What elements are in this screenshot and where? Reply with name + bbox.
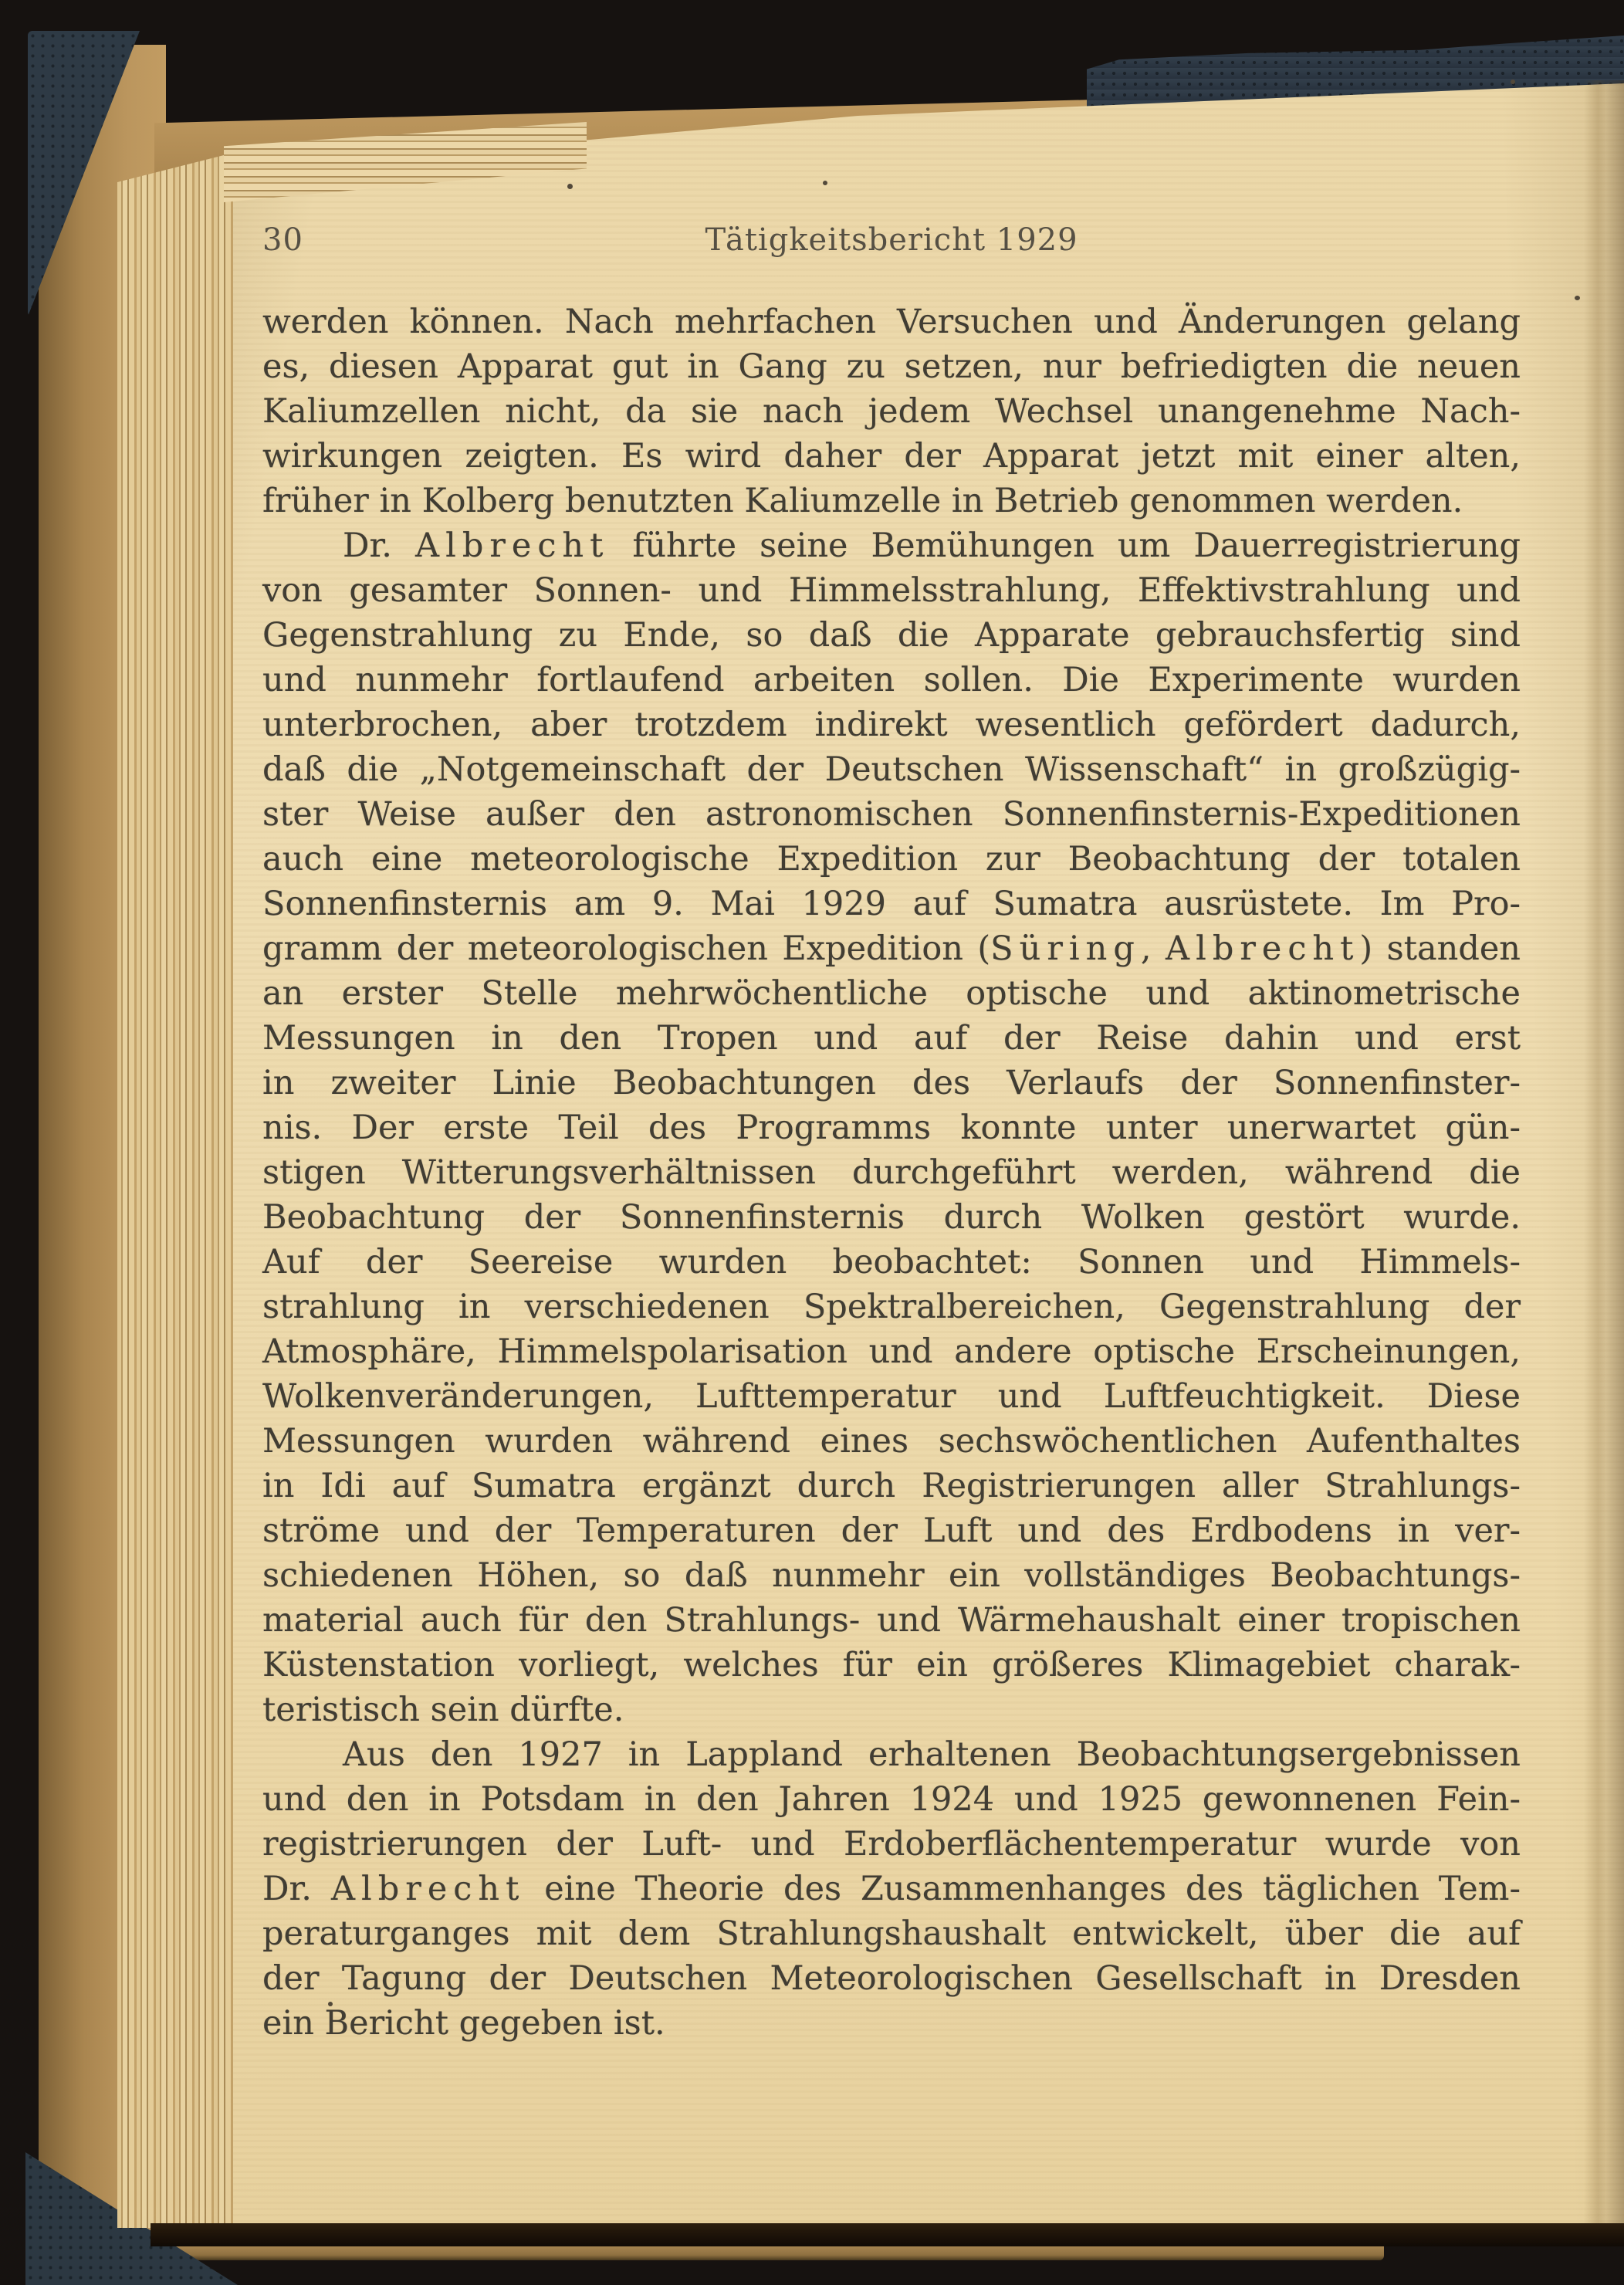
paper-speck [823,181,827,185]
page-bottom-shadow [151,2223,1624,2246]
text-line: auch eine meteorologische Expedition zur… [262,837,1521,882]
paragraph: Aus den 1927 in Lappland erhaltenen Beob… [262,1732,1521,2046]
text-line: Atmosphäre, Himmelspolarisation und ande… [262,1329,1521,1374]
text-line: Küstenstation vorliegt, welches für ein … [262,1643,1521,1688]
text-line: material auch für den Strahlungs- und Wä… [262,1598,1521,1643]
paper-speck [1511,80,1515,84]
text-line: an erster Stelle mehrwöchentliche optisc… [262,971,1521,1016]
running-title: Tätigkeitsbericht 1929 [262,222,1521,258]
text-line: nis. Der erste Teil des Programms konnte… [262,1105,1521,1150]
paper-speck [1575,296,1580,300]
text-line: Aus den 1927 in Lappland erhaltenen Beob… [262,1732,1521,1777]
text-line: stigen Witterungsverhältnissen durchgefü… [262,1150,1521,1195]
text-line: der Tagung der Deutschen Meteorologische… [262,1956,1521,2001]
letterspaced-name: Albrecht [1166,929,1359,968]
text-line: Dr. Albrecht führte seine Bemühungen um … [262,523,1521,568]
paragraph: Dr. Albrecht führte seine Bemühungen um … [262,523,1521,1732]
text-line: von gesamter Sonnen- und Himmelsstrahlun… [262,568,1521,613]
letterspaced-name: Süring [990,929,1141,968]
text-line: Kaliumzellen nicht, da sie nach jedem We… [262,389,1521,434]
text-line: in Idi auf Sumatra ergänzt durch Registr… [262,1464,1521,1508]
text-line: Sonnenfinsternis am 9. Mai 1929 auf Suma… [262,882,1521,926]
text-line: strahlung in verschiedenen Spektralberei… [262,1285,1521,1329]
page-stack-edges-left [117,116,233,2228]
letterspaced-name: Albrecht [415,526,609,565]
scanned-book-photo: 30 Tätigkeitsbericht 1929 werden können.… [0,0,1624,2285]
text-line: teristisch sein dürfte. [262,1688,1521,1732]
text-line: gramm der meteorologischen Expedition (S… [262,926,1521,971]
text-line: wirkungen zeigten. Es wird daher der App… [262,434,1521,479]
text-line: daß die „Notgemeinschaft der Deutschen W… [262,747,1521,792]
text-line: Wolkenveränderungen, Lufttemperatur und … [262,1374,1521,1419]
text-line: ein Bericht gegeben ist. [262,2001,1521,2046]
text-line: peraturganges mit dem Strahlungshaushalt… [262,1911,1521,1956]
text-line: Auf der Seereise wurden beobachtet: Sonn… [262,1240,1521,1285]
text-line: früher in Kolberg benutzten Kaliumzelle … [262,479,1521,523]
text-line: ster Weise außer den astronomischen Sonn… [262,792,1521,837]
letterspaced-name: Albrecht [331,1870,525,1908]
text-line: werden können. Nach mehrfachen Versuchen… [262,300,1521,344]
text-line: schiedenen Höhen, so daß nunmehr ein vol… [262,1553,1521,1598]
text-line: unterbrochen, aber trotzdem indirekt wes… [262,702,1521,747]
page-fold-shadow [1584,80,1624,2226]
text-line: Messungen wurden während eines sechswöch… [262,1419,1521,1464]
text-line: es, diesen Apparat gut in Gang zu setzen… [262,344,1521,389]
page-header: 30 Tätigkeitsbericht 1929 [262,222,1521,261]
body-text: werden können. Nach mehrfachen Versuchen… [262,300,1521,2046]
text-line: Beobachtung der Sonnenfinsternis durch W… [262,1195,1521,1240]
text-line: in zweiter Linie Beobachtungen des Verla… [262,1061,1521,1105]
paragraph: werden können. Nach mehrfachen Versuchen… [262,300,1521,523]
text-line: registrierungen der Luft- und Erdoberflä… [262,1822,1521,1867]
text-line: Gegenstrahlung zu Ende, so daß die Appar… [262,613,1521,658]
text-line: Dr. Albrecht eine Theorie des Zusammenha… [262,1867,1521,1911]
text-line: und nunmehr fortlaufend arbeiten sollen.… [262,658,1521,702]
text-line: Messungen in den Tropen und auf der Reis… [262,1016,1521,1061]
paper-speck [567,184,573,189]
text-line: und den in Potsdam in den Jahren 1924 un… [262,1777,1521,1822]
text-line: ströme und der Temperaturen der Luft und… [262,1508,1521,1553]
